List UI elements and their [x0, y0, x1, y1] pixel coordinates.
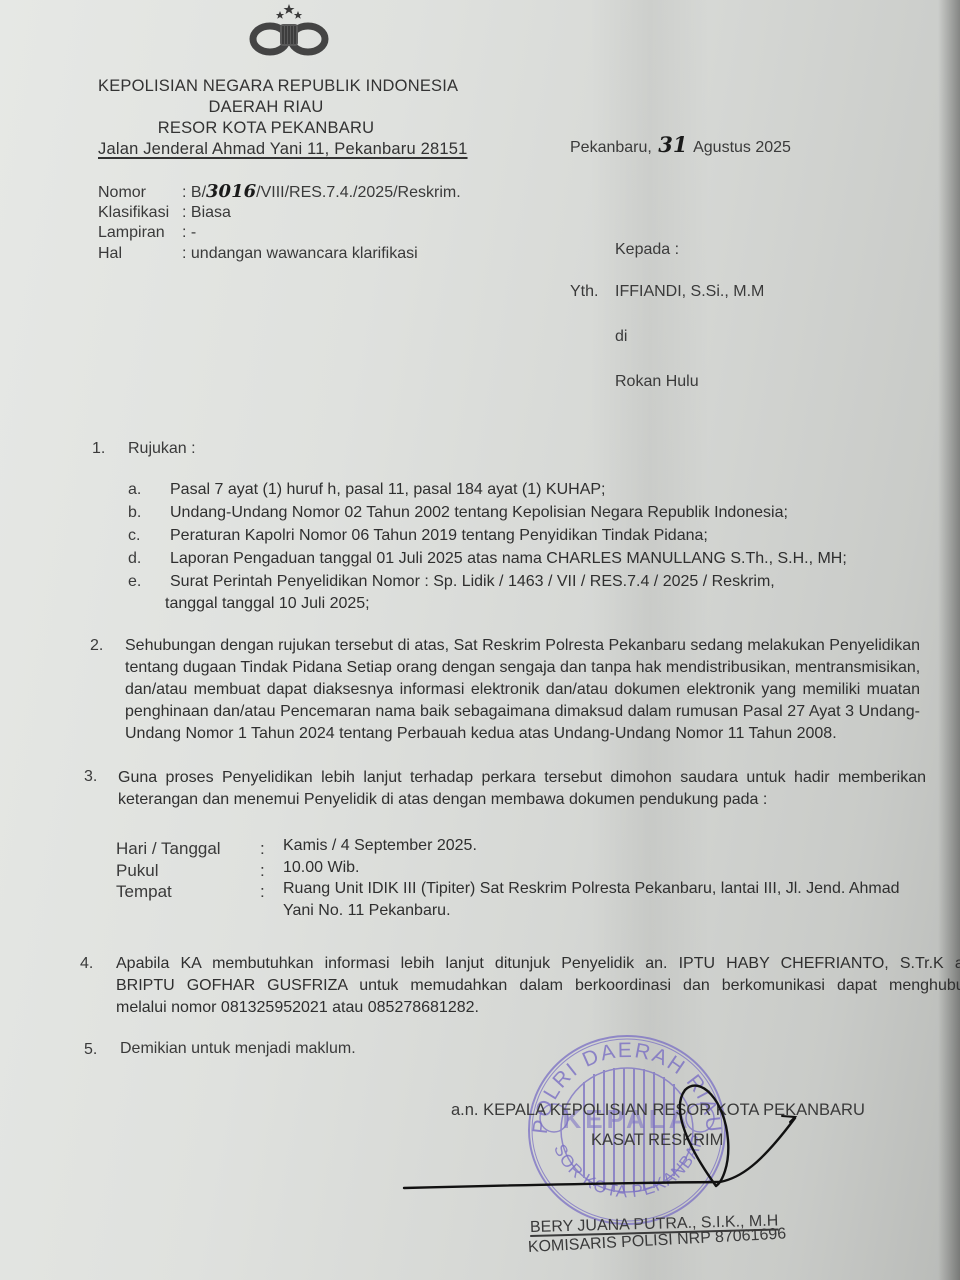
letterhead-address: Jalan Jenderal Ahmad Yani 11, Pekanbaru … [98, 140, 454, 159]
letterhead-region: DAERAH RIAU [98, 98, 434, 117]
paragraph-line: Guna proses Penyelidikan lebih lanjut te… [118, 767, 926, 789]
section4-paragraph: Apabila KA membutuhkan informasi lebih l… [116, 953, 960, 1019]
meta-klasifikasi: Klasifikasi: Biasa [98, 204, 231, 222]
reference-text-continuation: tanggal tanggal 10 Juli 2025; [165, 595, 370, 613]
schedule-colon: : [260, 861, 265, 881]
reference-letter: c. [128, 527, 140, 545]
paragraph-line: Apabila KA membutuhkan informasi lebih l… [116, 953, 960, 975]
section5-number: 5. [84, 1041, 97, 1059]
section3-number: 3. [84, 768, 97, 786]
section2-paragraph: Sehubungan dengan rujukan tersebut di at… [125, 635, 920, 745]
recipient-name: IFFIANDI, S.Si., M.M [615, 283, 764, 301]
schedule-value-continuation: Yani No. 11 Pekanbaru. [283, 902, 451, 920]
paper-edge-shadow [938, 0, 960, 1280]
paragraph-line: BRIPTU GOFHAR GUSFRIZA untuk memudahkan … [116, 975, 960, 997]
section3-paragraph: Guna proses Penyelidikan lebih lanjut te… [118, 767, 926, 811]
paragraph-line: Sehubungan dengan rujukan tersebut di at… [125, 635, 920, 657]
schedule-label: Tempat [116, 882, 172, 902]
section5-text: Demikian untuk menjadi maklum. [120, 1040, 356, 1058]
klasifikasi-label: Klasifikasi [98, 204, 182, 222]
paragraph-line: tentang dugaan Tindak Pidana Setiap oran… [125, 657, 920, 679]
meta-nomor: Nomor: B/3016/VIII/RES.7.4./2025/Reskrim… [98, 181, 461, 202]
recipient-kepada: Kepada : [615, 241, 679, 259]
paragraph-line: melalui nomor 081325952021 atau 08527868… [116, 997, 960, 1019]
schedule-colon: : [260, 882, 265, 902]
reference-letter: a. [128, 481, 141, 499]
lampiran-value: : - [182, 224, 196, 241]
schedule-value: 10.00 Wib. [283, 859, 359, 877]
section1-number: 1. [92, 440, 105, 458]
reference-letter: b. [128, 504, 141, 522]
paragraph-line: Undang Nomor 1 Tahun 2024 tentang Perbau… [125, 723, 920, 745]
section4-number: 4. [80, 955, 93, 973]
paragraph-line: dan/atau membuat dapat diaksesnya inform… [125, 679, 920, 701]
date-day-handwritten: 31 [658, 132, 687, 157]
letterhead-unit: RESOR KOTA PEKANBARU [98, 119, 434, 138]
reference-text: Surat Perintah Penyelidikan Nomor : Sp. … [170, 573, 775, 591]
schedule-label: Hari / Tanggal [116, 839, 221, 859]
date-place: Pekanbaru, [570, 139, 652, 156]
schedule-colon: : [260, 839, 265, 859]
schedule-value: Ruang Unit IDIK III (Tipiter) Sat Reskri… [283, 880, 900, 898]
klasifikasi-value: : Biasa [182, 204, 231, 221]
section1-title: Rujukan : [128, 440, 196, 458]
section2-number: 2. [90, 637, 103, 655]
recipient-location: Rokan Hulu [615, 373, 699, 391]
reference-text: Laporan Pengaduan tanggal 01 Juli 2025 a… [170, 550, 847, 568]
nomor-suffix: /VIII/RES.7.4./2025/Reskrim. [256, 184, 461, 201]
letterhead-institution: KEPOLISIAN NEGARA REPUBLIK INDONESIA [98, 77, 434, 96]
meta-lampiran: Lampiran: - [98, 224, 196, 242]
polri-emblem-icon [248, 2, 330, 56]
hal-value: : undangan wawancara klarifikasi [182, 245, 418, 262]
reference-text: Undang-Undang Nomor 02 Tahun 2002 tentan… [170, 504, 788, 522]
paragraph-line: keterangan dan menemui Penyelidik di ata… [118, 789, 926, 811]
meta-hal: Hal: undangan wawancara klarifikasi [98, 245, 418, 263]
schedule-label: Pukul [116, 861, 159, 881]
date-month-year: Agustus 2025 [693, 139, 791, 156]
handwritten-signature [400, 1070, 800, 1200]
lampiran-label: Lampiran [98, 224, 182, 242]
nomor-handwritten: 3016 [206, 181, 256, 202]
reference-text: Pasal 7 ayat (1) huruf h, pasal 11, pasa… [170, 481, 606, 499]
recipient-di: di [615, 328, 627, 346]
reference-letter: d. [128, 550, 141, 568]
letter-page: KEPOLISIAN NEGARA REPUBLIK INDONESIA DAE… [0, 0, 960, 1280]
recipient-yth: Yth. [570, 283, 598, 301]
reference-letter: e. [128, 573, 141, 591]
letter-date: Pekanbaru, 31 Agustus 2025 [570, 132, 791, 157]
nomor-prefix: : B/ [182, 184, 206, 201]
hal-label: Hal [98, 245, 182, 263]
nomor-label: Nomor [98, 184, 182, 202]
schedule-value: Kamis / 4 September 2025. [283, 837, 477, 855]
paragraph-line: penghinaan dan/atau Pencemaran nama baik… [125, 701, 920, 723]
reference-text: Peraturan Kapolri Nomor 06 Tahun 2019 te… [170, 527, 708, 545]
